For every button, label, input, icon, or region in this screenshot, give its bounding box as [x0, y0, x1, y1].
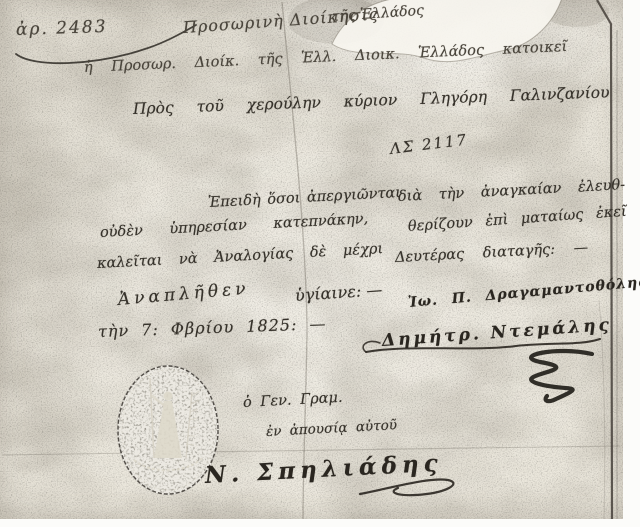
document-scan: ἀρ. 2483 Προσωρινὴ Διοίκησις τῆς Ἑλλάδος… — [0, 0, 640, 527]
registry-number: ἀρ. 2483 — [16, 17, 108, 40]
